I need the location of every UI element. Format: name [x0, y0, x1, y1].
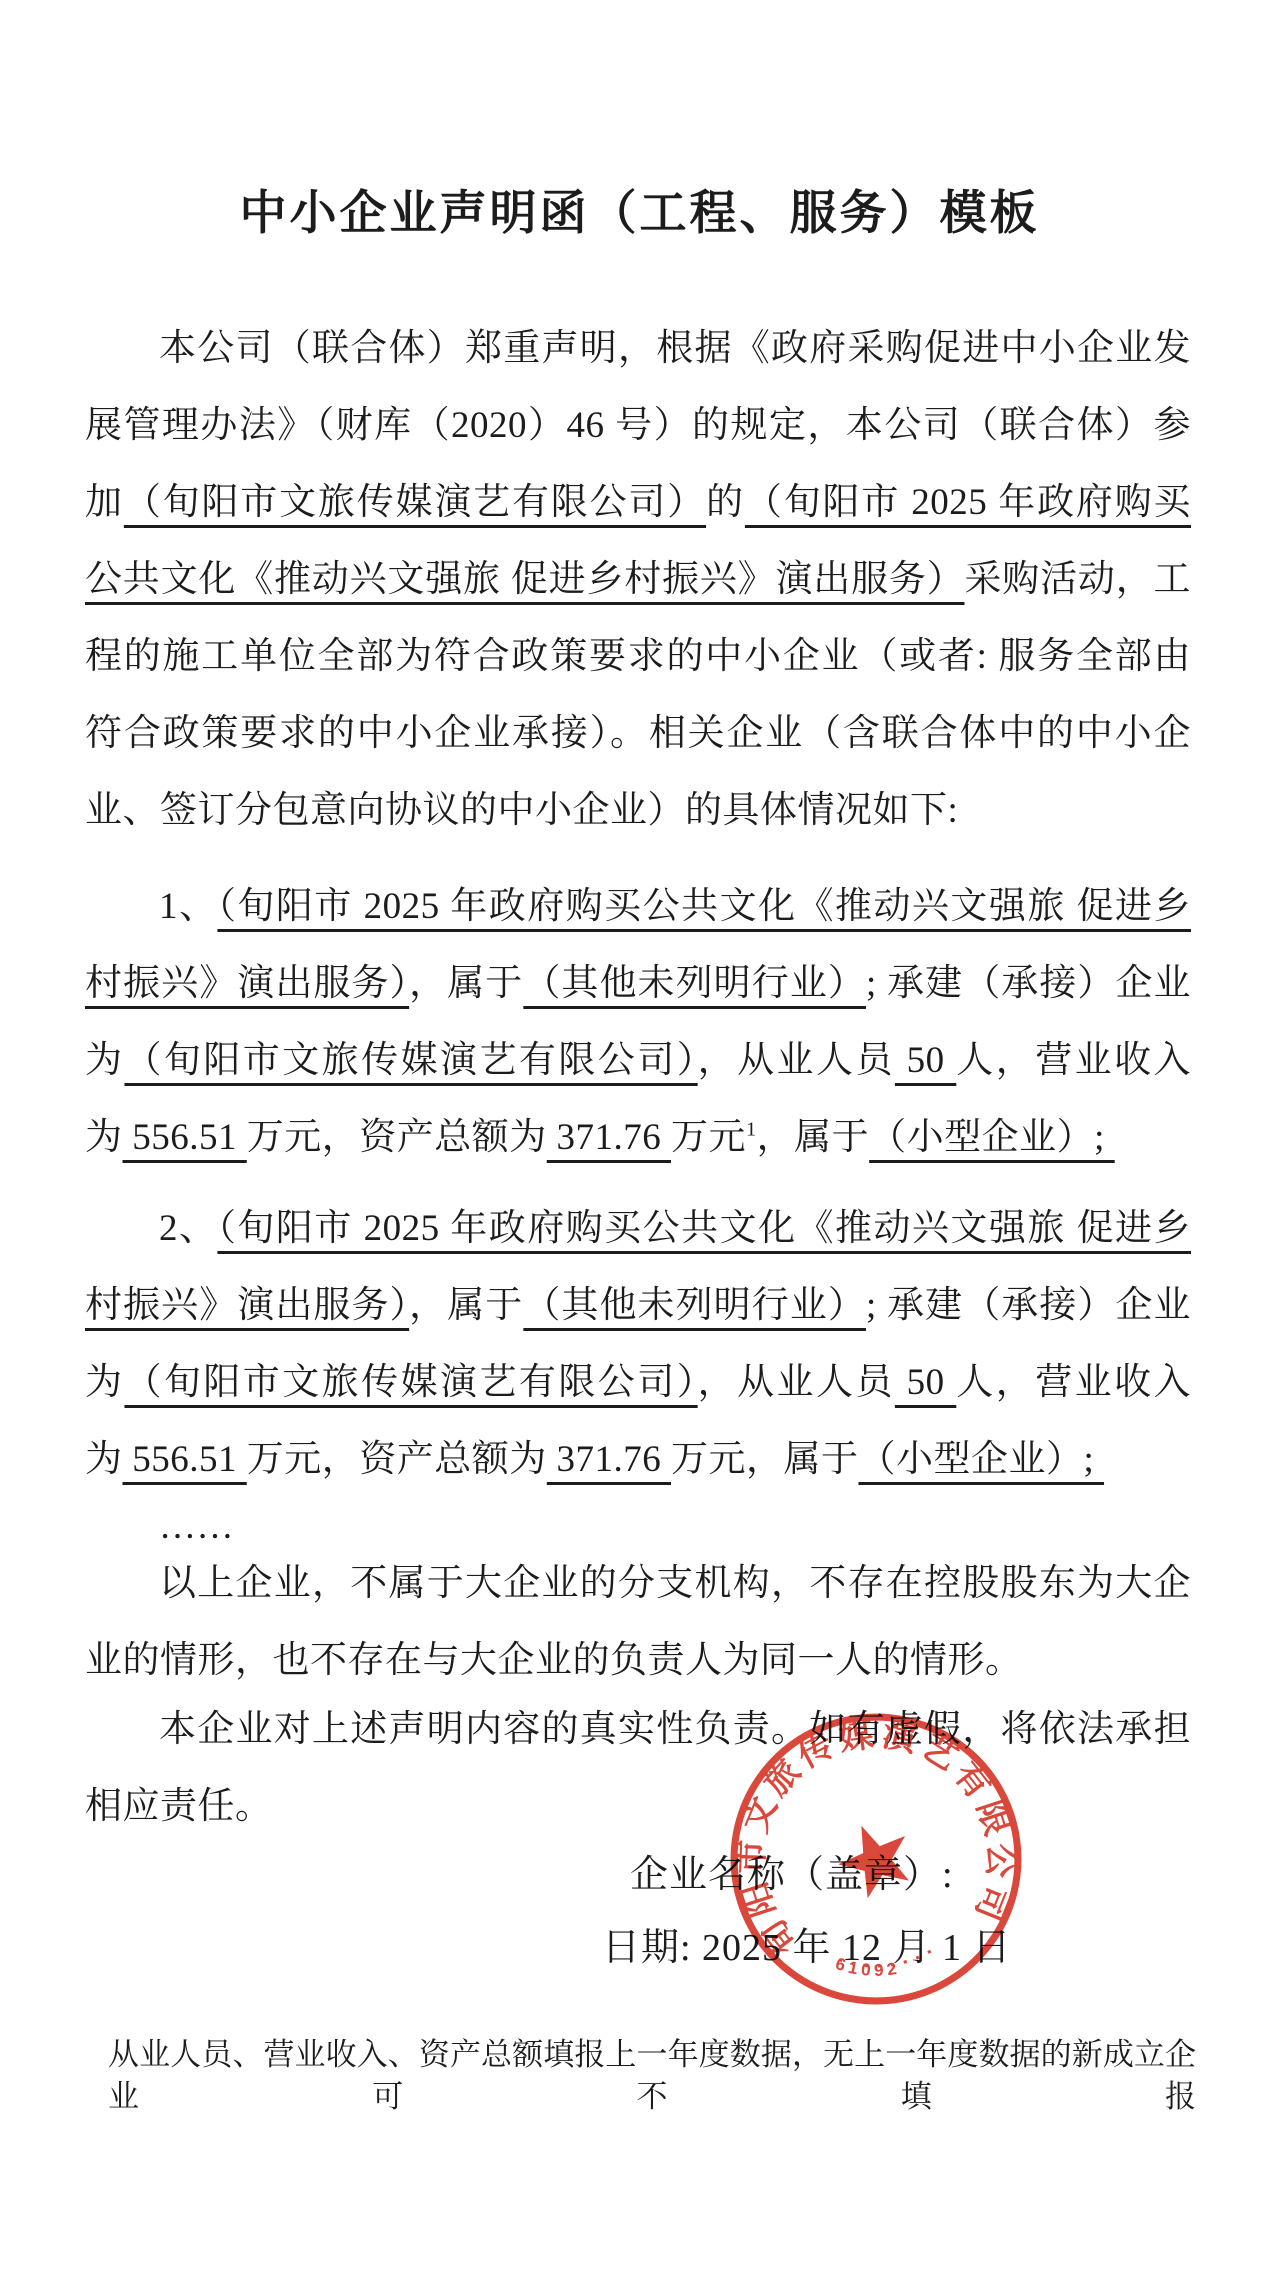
underlined-blank: （其他未列明行业） — [523, 1285, 866, 1326]
underlined-blank: 50 — [895, 1362, 956, 1403]
company-name-seal-label: 企业名称（盖章）: — [630, 1843, 954, 1898]
text-segment: 万元，资产总额为 — [247, 1117, 547, 1158]
intro-paragraph: 本公司（联合体）郑重声明，根据《政府采购促进中小企业发展管理办法》（财库（202… — [85, 310, 1191, 849]
declaration-document-page: 中小企业声明函（工程、服务）模板 本公司（联合体）郑重声明，根据《政府采购促进中… — [0, 0, 1279, 2285]
text-segment: 2、 — [159, 1208, 217, 1249]
underlined-blank: （小型企业）; — [859, 1439, 1105, 1480]
underlined-blank: （其他未列明行业） — [523, 963, 866, 1004]
text-segment: 万元 — [671, 1117, 746, 1158]
underlined-blank: （旬阳市文旅传媒演艺有限公司） — [124, 1040, 697, 1081]
text-segment: ，属于 — [409, 1285, 523, 1326]
item-2: 2、（旬阳市 2025 年政府购买公共文化《推动兴文强旅 促进乡村振兴》演出服务… — [85, 1190, 1191, 1498]
item-1: 1、（旬阳市 2025 年政府购买公共文化《推动兴文强旅 促进乡村振兴》演出服务… — [85, 868, 1191, 1176]
text-segment: ，从业人员 — [698, 1040, 895, 1081]
footnote: 从业人员、营业收入、资产总额填报上一年度数据，无上一年度数据的新成立企业可不填报 — [108, 2034, 1196, 2118]
underlined-blank: 556.51 — [123, 1439, 247, 1480]
text-segment: 1、 — [159, 886, 217, 927]
date-line: 日期: 2025 年 12 月 1 日 — [602, 1916, 1012, 1971]
footnote-superscript: 1 — [746, 1119, 757, 1141]
text-segment: 以上企业，不属于大企业的分支机构，不存在控股股东为大企业的情形，也不存在与大企业… — [85, 1563, 1191, 1681]
underlined-blank: （旬阳市文旅传媒演艺有限公司） — [124, 1362, 697, 1403]
document-title: 中小企业声明函（工程、服务）模板 — [0, 176, 1279, 243]
text-segment: 的 — [706, 482, 745, 523]
underlined-blank: 556.51 — [123, 1117, 247, 1158]
text-segment: …… — [159, 1506, 234, 1547]
responsibility-paragraph: 本企业对上述声明内容的真实性负责。如有虚假，将依法承担相应责任。 — [85, 1691, 1191, 1845]
text-segment: ，属于 — [757, 1117, 870, 1158]
underlined-blank: 50 — [895, 1040, 956, 1081]
text-segment: ，从业人员 — [698, 1362, 895, 1403]
text-segment: 本企业对上述声明内容的真实性负责。如有虚假，将依法承担相应责任。 — [85, 1709, 1191, 1827]
underlined-blank: 371.76 — [547, 1439, 671, 1480]
underlined-blank: （小型企业）; — [869, 1117, 1115, 1158]
text-segment: ，属于 — [409, 963, 523, 1004]
underlined-blank: 371.76 — [547, 1117, 671, 1158]
text-segment: 万元，资产总额为 — [247, 1439, 547, 1480]
text-segment: 万元，属于 — [671, 1439, 859, 1480]
underlined-blank: （旬阳市文旅传媒演艺有限公司） — [124, 482, 706, 523]
branch-declaration-paragraph: 以上企业，不属于大企业的分支机构，不存在控股股东为大企业的情形，也不存在与大企业… — [85, 1545, 1191, 1699]
